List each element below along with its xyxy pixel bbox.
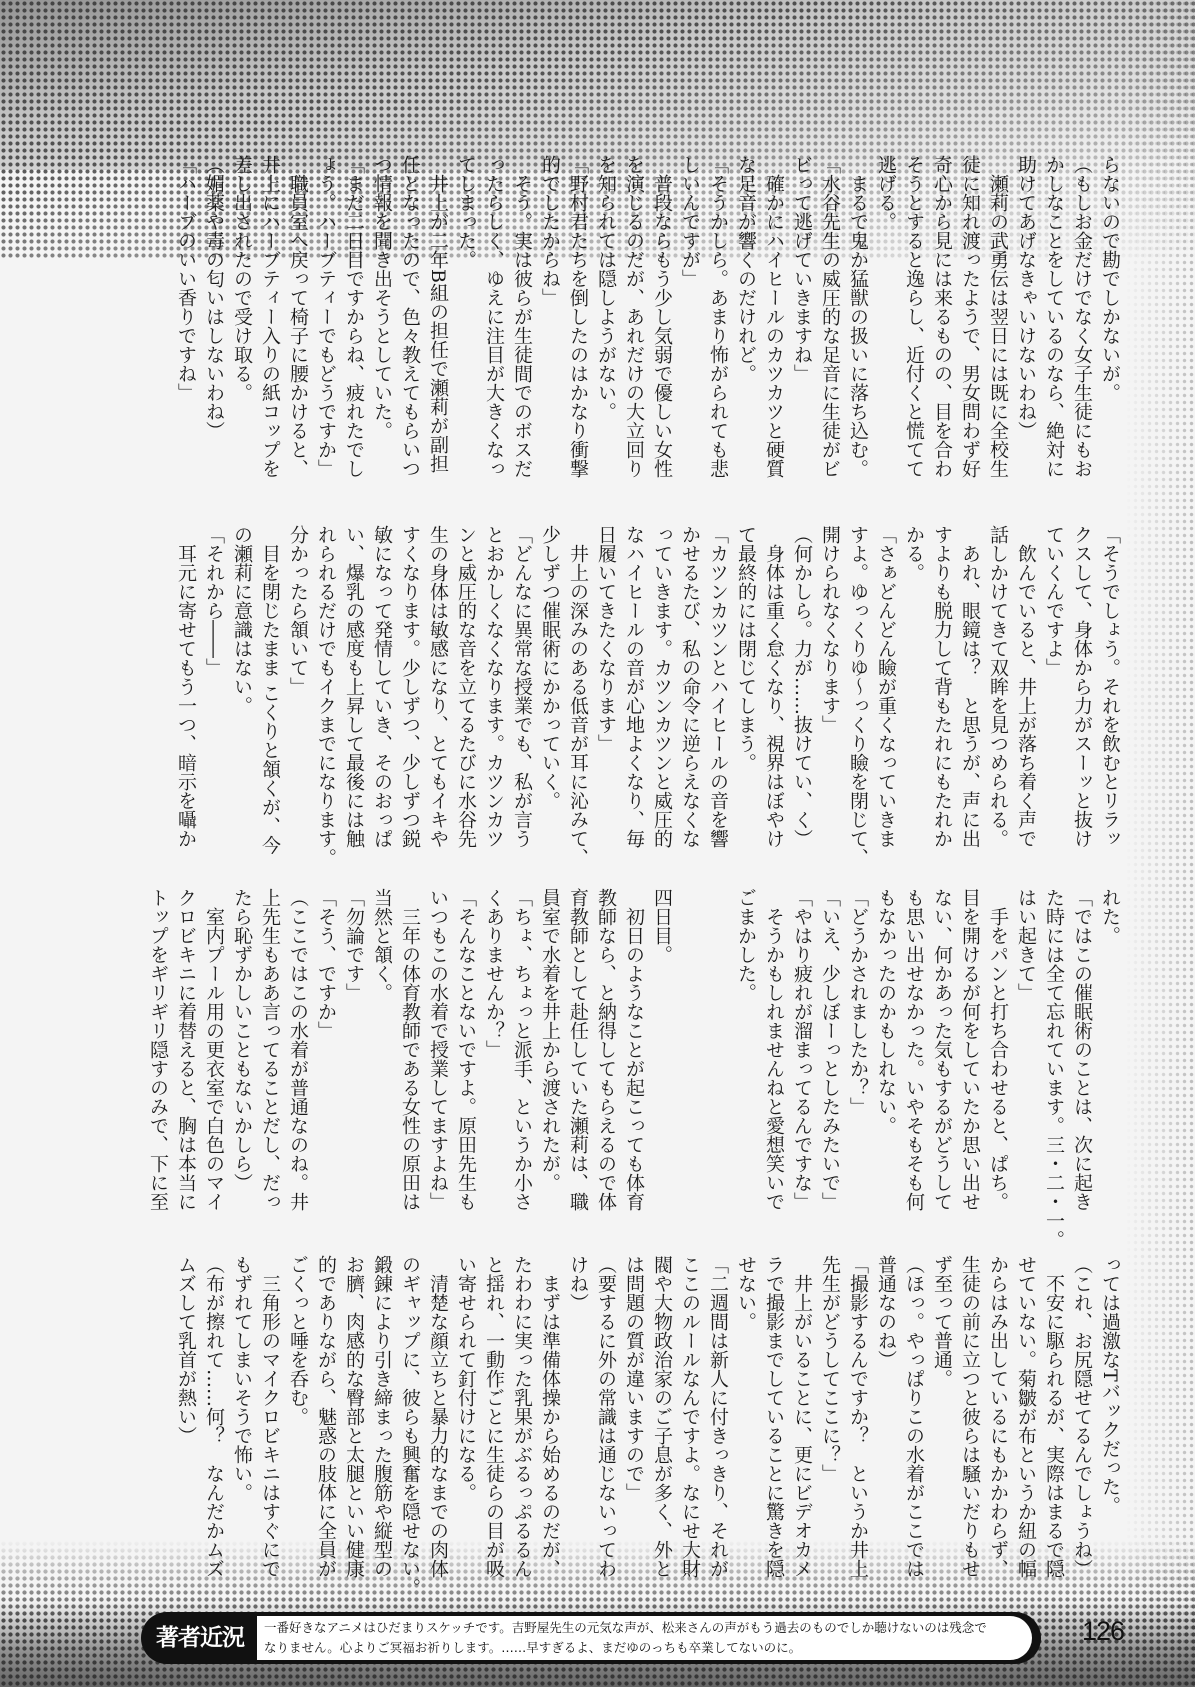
text-line: 「どうかされましたか？」 <box>844 888 872 1240</box>
text-line: 閥や大物政治家のご子息が多く、外と <box>648 1255 676 1600</box>
text-line: 生徒の前に立つと彼らは騒いだりもせ <box>956 1255 984 1600</box>
text-line: ごまかした。 <box>732 888 760 1240</box>
text-line: なハイヒールの音が心地よくなり、毎 <box>620 525 648 870</box>
text-line: 耳元に寄せてもう一つ、暗示を囁か <box>172 525 200 870</box>
text-line: 目を閉じたまま こくりと頷くが、今 <box>256 525 284 870</box>
text-line: つ情報を聞き出そうとしていた。 <box>368 155 396 485</box>
text-line: 上先生もああ言ってることだし、だっ <box>256 888 284 1240</box>
text-line: 井上がいることに、更にビデオカメ <box>788 1255 816 1600</box>
text-line: ンと威圧的な音を立てるたびに水谷先 <box>452 525 480 870</box>
text-line: かせるたび、私の命令に逆らえなくな <box>676 525 704 870</box>
text-line: しいんですが」 <box>676 155 704 485</box>
text-line: 三角形のマイクロビキニはすぐにで <box>256 1255 284 1600</box>
text-line: 的でしたからね」 <box>536 155 564 485</box>
text-line: 「野村君たちを倒したのはかなり衝撃 <box>564 155 592 485</box>
author-note-text: 一番好きなアニメはひだまりスケッチです。吉野屋先生の元気な声が、松来さんの声がも… <box>257 1616 1032 1660</box>
text-line: 鍛錬により引き締まった腹筋や縦型の <box>368 1255 396 1600</box>
text-line: れられるだけでもイクまでになります。 <box>312 525 340 870</box>
text-line: 「ちょ、ちょっと派手、というか小さ <box>508 888 536 1240</box>
text-line: 分かったら頷いて」 <box>284 525 312 870</box>
text-line: すくなります。少しずつ、少しずつ鋭 <box>396 525 424 870</box>
text-line: れた。 <box>1096 888 1124 1240</box>
text-line: 「それから――」 <box>200 525 228 870</box>
text-line: 助けてあげなきゃいけないわね） <box>1012 155 1040 485</box>
text-line: 逃げる。 <box>872 155 900 485</box>
text-line: 「撮影するんですか？ というか井上 <box>844 1255 872 1600</box>
text-line: 職員室へ戻って椅子に腰かけると、 <box>284 155 312 485</box>
text-line: 瀬莉の武勇伝は翌日には既に全校生 <box>984 155 1012 485</box>
text-line: 「さぁどんどん瞼が重くなっていきま <box>872 525 900 870</box>
text-line: 「どんなに異常な授業でも、私が言う <box>508 525 536 870</box>
text-line: かる。 <box>900 525 928 870</box>
text-line: を演じるのだが、あれだけの大立回り <box>620 155 648 485</box>
text-tier-3: れた。「ではこの催眠術のことは、次に起きた時には全て忘れています。三・二・一。は… <box>148 888 1124 1240</box>
text-line: 員室で水着を井上から渡されたが。 <box>536 888 564 1240</box>
text-line: 不安に駆られるが、実際はまるで隠 <box>1040 1255 1068 1600</box>
text-line: 井上が二年B組の担任で瀬莉が副担 <box>424 155 452 485</box>
text-line: 「ハーブのいい香りですね」 <box>172 155 200 485</box>
text-line: て最終的には閉じてしまう。 <box>732 525 760 870</box>
text-line: ない、何かあった気もするがどうして <box>928 888 956 1240</box>
text-line: （これ、お尻隠せてるんでしょうね） <box>1068 1255 1096 1600</box>
text-line: 任となったので、色々教えてもらいつ <box>396 155 424 485</box>
text-line: も思い出せなかった。いやそもそも何 <box>900 888 928 1240</box>
text-line: 手をパンと打ち合わせると、ぱち。 <box>984 888 1012 1240</box>
text-line: あれ、眼鏡は？ と思うが、声に出 <box>956 525 984 870</box>
text-line: ず至って普通。 <box>928 1255 956 1600</box>
text-line: 四日目。 <box>648 888 676 1240</box>
text-line: からはみ出しているにもかかわらず、 <box>984 1255 1012 1600</box>
text-line: 普段ならもう少し気弱で優しい女性 <box>648 155 676 485</box>
text-line: トップをギリギリ隠すのみで、下に至 <box>148 888 172 1240</box>
text-line: 「勿論です」 <box>340 888 368 1240</box>
text-line: 飲んでいると、井上が落ち着く声で <box>1012 525 1040 870</box>
text-line: 三年の体育教師である女性の原田は <box>396 888 424 1240</box>
text-line <box>704 888 732 1240</box>
page-number: 126 <box>1082 1616 1124 1647</box>
text-line: 当然と頷く。 <box>368 888 396 1240</box>
text-line: 奇心から見には来るものの、目を合わ <box>928 155 956 485</box>
text-line: た時には全て忘れています。三・二・一。 <box>1040 888 1068 1240</box>
text-tier-1: らないので勘でしかないが。（もしお金だけでなく女子生徒にもおかしなことをしている… <box>148 155 1124 485</box>
text-tier-2: 「そうでしょう。それを飲むとリラックスして、身体から力がスーッと抜けていくんです… <box>148 525 1124 870</box>
author-note-line-1: 一番好きなアニメはひだまりスケッチです。吉野屋先生の元気な声が、松来さんの声がも… <box>264 1618 1032 1638</box>
text-line: ビって逃げていきますね」 <box>788 155 816 485</box>
halftone-right-edge <box>1125 0 1195 1687</box>
text-line: もなかったのかもしれない。 <box>872 888 900 1240</box>
text-line: 室内プール用の更衣室で白色のマイ <box>200 888 228 1240</box>
text-line: 敏になって発情していき、そのおっぱ <box>368 525 396 870</box>
text-line: 「そう、ですか」 <box>312 888 340 1240</box>
text-line: 清楚な顔立ちと暴力的なまでの肉体 <box>424 1255 452 1600</box>
text-line: 教師なら、と納得してもらえるので体 <box>592 888 620 1240</box>
text-line: は問題の質が違いますので」 <box>620 1255 648 1600</box>
text-line: まずは準備体操から始めるのだが、 <box>536 1255 564 1600</box>
text-line: 日履いてきたくなります」 <box>592 525 620 870</box>
text-line: クスして、身体から力がスーッと抜け <box>1068 525 1096 870</box>
text-line: （もしお金だけでなく女子生徒にもお <box>1068 155 1096 485</box>
text-line: ょう。ハーブティーでもどうですか」 <box>312 155 340 485</box>
text-line: 少しずつ催眠術にかかっていく。 <box>536 525 564 870</box>
text-line: ていくんですよ」 <box>1040 525 1068 870</box>
text-line: （要するに外の常識は通じないってわ <box>592 1255 620 1600</box>
author-note-label: 著者近況 <box>150 1618 250 1658</box>
text-line: い寄せられて釘付けになる。 <box>452 1255 480 1600</box>
text-line: 徒に知れ渡ったようで、男女問わず好 <box>956 155 984 485</box>
text-line: もずれてしまいそうで怖い。 <box>228 1255 256 1600</box>
text-line: 初日のようなことが起こっても体育 <box>620 888 648 1240</box>
text-line: 開けられなくなります」 <box>816 525 844 870</box>
text-line: 「そうかしら。あまり怖がられても悲 <box>704 155 732 485</box>
text-line: 「水谷先生の威圧的な足音に生徒がビ <box>816 155 844 485</box>
text-line: な足音が響くのだけれど。 <box>732 155 760 485</box>
text-line: （ここではこの水着が普通なのね。井 <box>284 888 312 1240</box>
text-line: 「いえ、少しぼーっとしたみたいで」 <box>816 888 844 1240</box>
text-line: すよ。ゆっくりゆ～っくり瞼を閉じて、 <box>844 525 872 870</box>
text-line: いつもこの水着で授業してますよね」 <box>424 888 452 1240</box>
text-line: （媚薬や毒の匂いはしないわね） <box>200 155 228 485</box>
text-line: の瀬莉に意識はない。 <box>228 525 256 870</box>
text-line: てしまった。 <box>452 155 480 485</box>
text-line: そう。実は彼らが生徒間でのボスだ <box>508 155 536 485</box>
text-line: （布が擦れて……何？ なんだかムズ <box>200 1255 228 1600</box>
text-line: 「そんなことないですよ。原田先生も <box>452 888 480 1240</box>
text-tier-4: っては過激なTバックだった。（これ、お尻隠せてるんでしょうね） 不安に駆られるが… <box>148 1255 1124 1600</box>
text-line: そうとすると逸らし、近付くと慌てて <box>900 155 928 485</box>
text-line: 井上の深みのある低音が耳に沁みて、 <box>564 525 592 870</box>
text-line: ラで撮影までしていることに驚きを隠 <box>760 1255 788 1600</box>
text-line: 差し出されたので受け取る。 <box>228 155 256 485</box>
text-line: 「まだ二日目ですからね、疲れたでし <box>340 155 368 485</box>
text-line: 井上にハーブティー入りの紙コップを <box>256 155 284 485</box>
text-line: 「やはり疲れが溜まってるんですな」 <box>788 888 816 1240</box>
text-line: せていない。菊皺が布というか紐の幅 <box>1012 1255 1040 1600</box>
text-line: かしなことをしているのなら、絶対に <box>1040 155 1068 485</box>
text-line: すよりも脱力して背もたれにもたれか <box>928 525 956 870</box>
text-line: 身体は重く怠くなり、視界はぼやけ <box>760 525 788 870</box>
text-line: 「ではこの催眠術のことは、次に起き <box>1068 888 1096 1240</box>
text-line: 「カツンカツンとハイヒールの音を響 <box>704 525 732 870</box>
text-line: 確かにハイヒールのカツカツと硬質 <box>760 155 788 485</box>
text-line: ここのルールなんですよ。なにせ大財 <box>676 1255 704 1600</box>
text-line: らないので勘でしかないが。 <box>1096 155 1124 485</box>
text-line: い、爆乳の感度も上昇して最後には触 <box>340 525 368 870</box>
text-line: っては過激なTバックだった。 <box>1096 1255 1124 1600</box>
text-line: 普通なのね） <box>872 1255 900 1600</box>
author-note-line-2: なりません。心よりご冥福お祈りします。……早すぎるよ、まだゆのっちも卒業してない… <box>264 1638 1032 1658</box>
text-line: お臍、肉感的な臀部と太腿といい健康 <box>340 1255 368 1600</box>
text-line: ったらしく、ゆえに注目が大きくなっ <box>480 155 508 485</box>
text-line: くありませんか？」 <box>480 888 508 1240</box>
text-line: せない。 <box>732 1255 760 1600</box>
text-line: 先生がどうしてここに？」 <box>816 1255 844 1600</box>
text-line: っていきます。カツンカツンと威圧的 <box>648 525 676 870</box>
text-line: ムズして乳首が熱い） <box>172 1255 200 1600</box>
text-line: を知られては隠しようがない。 <box>592 155 620 485</box>
text-line: 育教師として赴任していた瀬莉は、職 <box>564 888 592 1240</box>
text-line: 「二週間は新人に付きっきり、それが <box>704 1255 732 1600</box>
text-line: そうかもしれませんねと愛想笑いで <box>760 888 788 1240</box>
text-line <box>676 888 704 1240</box>
text-line: 話しかけてきて双眸を見つめられる。 <box>984 525 1012 870</box>
text-line: と揺れ、一動作ごとに生徒らの目が吸 <box>480 1255 508 1600</box>
text-line: たら恥ずかしいこともないかしら） <box>228 888 256 1240</box>
text-line: まるで鬼か猛獣の扱いに落ち込む。 <box>844 155 872 485</box>
text-line: クロビキニに着替えると、胸は本当に <box>172 888 200 1240</box>
text-line: 目を開けるが何をしていたか思い出せ <box>956 888 984 1240</box>
text-line: 生の身体は敏感になり、とてもイキや <box>424 525 452 870</box>
text-line: 「そうでしょう。それを飲むとリラッ <box>1096 525 1124 870</box>
text-line: （ほっ。やっぱりこの水着がここでは <box>900 1255 928 1600</box>
text-line: たわわに実った乳果がぶるっぷるるん <box>508 1255 536 1600</box>
text-line: のギャップに、彼らも興奮を隠せない。 <box>396 1255 424 1600</box>
text-line: （何かしら。力が……抜けてい、く） <box>788 525 816 870</box>
text-line: はい起きて」 <box>1012 888 1040 1240</box>
text-line: ごくっと唾を呑む。 <box>284 1255 312 1600</box>
text-line: 的でありながら、魅惑の肢体に全員が <box>312 1255 340 1600</box>
text-line: けね） <box>564 1255 592 1600</box>
text-line: とおかしくなくなります。カツンカツ <box>480 525 508 870</box>
